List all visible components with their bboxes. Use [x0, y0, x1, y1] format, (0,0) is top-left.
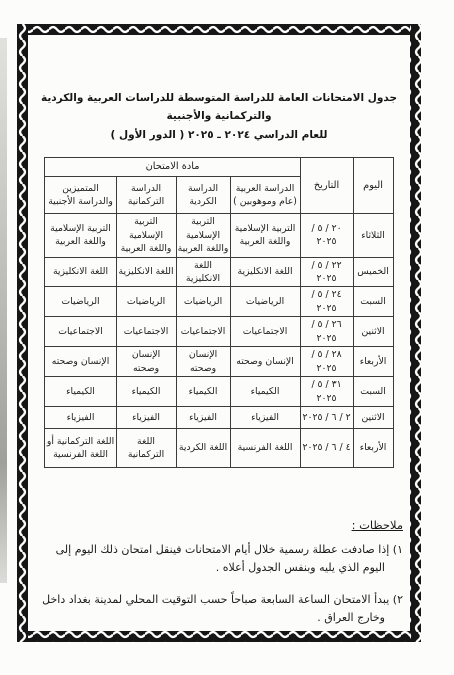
subject-cell: اللغة التركمانية أو اللغة الفرنسية	[45, 429, 116, 468]
subject-cell: التربية الإسلامية واللغة العربية	[230, 214, 300, 257]
subject-cell: الكيمياء	[116, 377, 176, 407]
date-cell: ٢٢ / ٥ / ٢٠٢٥	[300, 257, 353, 287]
subject-cell: الفيزياء	[116, 407, 176, 429]
subject-cell: اللغة الانكليزية	[45, 257, 116, 287]
subject-cell: الاجتماعيات	[230, 317, 300, 347]
table-row: الخميس ٢٢ / ٥ / ٢٠٢٥ اللغة الانكليزية ال…	[45, 257, 393, 287]
note-item-1: ١) إذا صادفت عطلة رسمية خلال أيام الامتح…	[39, 541, 403, 576]
subject-cell: اللغة الانكليزية	[230, 257, 300, 287]
exam-schedule-table: اليوم التاريخ مادة الامتحان الدراسة العر…	[44, 157, 393, 468]
subject-cell: اللغة الانكليزية	[176, 257, 230, 287]
subject-cell: الاجتماعيات	[116, 317, 176, 347]
col-header-arabic-study: الدراسة العربية (عام وموهوبين )	[230, 177, 300, 214]
subject-cell: التربية الإسلامية واللغة العربية	[45, 214, 116, 257]
subject-cell: الإنسان وصحته	[230, 347, 300, 377]
subject-cell: الرياضيات	[176, 287, 230, 317]
subject-cell: الاجتماعيات	[176, 317, 230, 347]
col-header-distinguished-study: المتميزين والدراسة الأجنبية	[45, 177, 116, 214]
note-item-2: ٢) يبدأ الامتحان الساعة السابعة صباحاً ح…	[39, 591, 403, 626]
subject-cell: التربية الإسلامية واللغة العربية	[116, 214, 176, 257]
subject-cell: الرياضيات	[116, 287, 176, 317]
title-line-2: للعام الدراسي ٢٠٢٤ ـ ٢٠٢٥ ( الدور الأول …	[39, 126, 399, 144]
subject-cell: الفيزياء	[230, 407, 300, 429]
subject-cell: اللغة التركمانية	[116, 429, 176, 468]
date-cell: ٢٦ / ٥ / ٢٠٢٥	[300, 317, 353, 347]
subject-cell: الكيمياء	[230, 377, 300, 407]
table-row: الثلاثاء ٢٠ / ٥ / ٢٠٢٥ التربية الإسلامية…	[45, 214, 393, 257]
subject-cell: الإنسان وصحته	[116, 347, 176, 377]
date-cell: ٣١ / ٥ / ٢٠٢٥	[300, 377, 353, 407]
day-cell: الأربعاء	[353, 347, 393, 377]
date-cell: ٢ / ٦ / ٢٠٢٥	[300, 407, 353, 429]
subject-cell: الكيمياء	[45, 377, 116, 407]
subject-cell: الرياضيات	[230, 287, 300, 317]
notes-heading: ملاحظات :	[39, 518, 403, 532]
date-cell: ٤ / ٦ / ٢٠٢٥	[300, 429, 353, 468]
table-row: الاثنين ٢ / ٦ / ٢٠٢٥ الفيزياء الفيزياء ا…	[45, 407, 393, 429]
table-row: السبت ٢٤ / ٥ / ٢٠٢٥ الرياضيات الرياضيات …	[45, 287, 393, 317]
date-cell: ٢٨ / ٥ / ٢٠٢٥	[300, 347, 353, 377]
subject-cell: اللغة الفرنسية	[230, 429, 300, 468]
col-header-day: اليوم	[353, 158, 393, 214]
subject-cell: الاجتماعيات	[45, 317, 116, 347]
scan-paper-edge-shadow	[0, 38, 7, 583]
subject-cell: اللغة الانكليزية	[116, 257, 176, 287]
table-row: الأربعاء ٢٨ / ٥ / ٢٠٢٥ الإنسان وصحته الإ…	[45, 347, 393, 377]
table-row: الأربعاء ٤ / ٦ / ٢٠٢٥ اللغة الفرنسية الل…	[45, 429, 393, 468]
document-title: جدول الامتحانات العامة للدراسة المتوسطة …	[39, 89, 399, 144]
notes-section: ملاحظات : ١) إذا صادفت عطلة رسمية خلال أ…	[39, 518, 403, 626]
subject-cell: اللغة الكردية	[176, 429, 230, 468]
day-cell: الخميس	[353, 257, 393, 287]
day-cell: الاثنين	[353, 317, 393, 347]
decorative-border-frame: جدول الامتحانات العامة للدراسة المتوسطة …	[17, 24, 421, 642]
subject-cell: الفيزياء	[45, 407, 116, 429]
subject-cell: الفيزياء	[176, 407, 230, 429]
table-row: الاثنين ٢٦ / ٥ / ٢٠٢٥ الاجتماعيات الاجتم…	[45, 317, 393, 347]
subject-cell: الإنسان وصحته	[45, 347, 116, 377]
col-header-turkmen-study: الدراسة التركمانية	[116, 177, 176, 214]
subject-cell: الإنسان وصحته	[176, 347, 230, 377]
day-cell: السبت	[353, 377, 393, 407]
subject-cell: الكيمياء	[176, 377, 230, 407]
day-cell: السبت	[353, 287, 393, 317]
date-cell: ٢٤ / ٥ / ٢٠٢٥	[300, 287, 353, 317]
title-line-1: جدول الامتحانات العامة للدراسة المتوسطة …	[39, 89, 399, 126]
day-cell: الأربعاء	[353, 429, 393, 468]
subject-cell: التربية الإسلامية واللغة العربية	[176, 214, 230, 257]
subject-group-header: مادة الامتحان	[45, 158, 300, 177]
col-header-kurdish-study: الدراسة الكردية	[176, 177, 230, 214]
day-cell: الثلاثاء	[353, 214, 393, 257]
date-cell: ٢٠ / ٥ / ٢٠٢٥	[300, 214, 353, 257]
day-cell: الاثنين	[353, 407, 393, 429]
col-header-date: التاريخ	[300, 158, 353, 214]
table-row: السبت ٣١ / ٥ / ٢٠٢٥ الكيمياء الكيمياء ال…	[45, 377, 393, 407]
document-content: جدول الامتحانات العامة للدراسة المتوسطة …	[29, 35, 409, 631]
subject-cell: الرياضيات	[45, 287, 116, 317]
